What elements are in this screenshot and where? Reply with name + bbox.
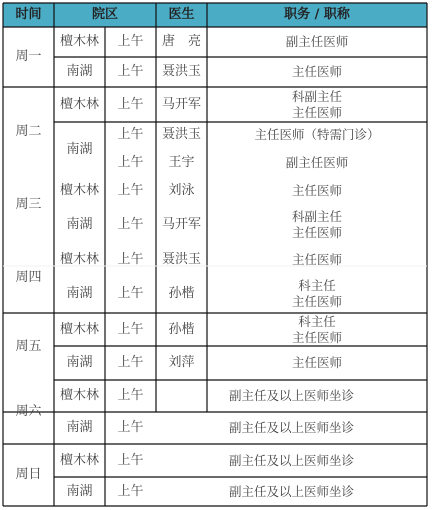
day-label: 周六: [3, 380, 54, 444]
campus-cell: 檀木林: [54, 245, 105, 275]
title-cell: 副主任及以上医师坐诊: [156, 444, 427, 477]
campus-cell: 檀木林: [54, 313, 105, 346]
title-cell: 科主任 主任医师: [207, 275, 427, 313]
title-cell: 副主任医师: [207, 27, 427, 57]
header-title: 职务 / 职称: [207, 3, 427, 27]
doctor-cell: 聂洪玉: [156, 245, 207, 275]
title-cell: 主任医师: [207, 346, 427, 380]
doctor-cell: 聂洪玉: [156, 122, 207, 148]
doctor-cell: 唐 亮: [156, 27, 207, 57]
title-cell: 副主任及以上医师坐诊: [156, 380, 427, 412]
campus-cell: 南湖: [54, 122, 105, 177]
day-label: 周日: [3, 444, 54, 506]
campus-cell: 檀木林: [54, 27, 105, 57]
title-cell: 副主任及以上医师坐诊: [156, 477, 427, 506]
doctor-cell: 聂洪玉: [156, 57, 207, 87]
title-cell: 主任医师（特需门诊）: [207, 122, 427, 148]
doctor-cell: 孙楷: [156, 275, 207, 313]
day-label: 周四: [3, 250, 54, 306]
doctor-cell: 孙楷: [156, 313, 207, 346]
campus-cell: 南湖: [54, 205, 105, 245]
doctor-cell: 刘泳: [156, 177, 207, 205]
session-cell: 上午: [105, 177, 156, 205]
header-campus: 院区: [54, 3, 156, 27]
campus-cell: 南湖: [54, 412, 105, 444]
session-cell: 上午: [105, 57, 156, 87]
campus-cell: 南湖: [54, 275, 105, 313]
doctor-cell: 王宇: [156, 148, 207, 177]
header-time: 时间: [3, 3, 54, 27]
campus-cell: 檀木林: [54, 380, 105, 412]
day-label: 周三: [3, 177, 54, 233]
title-cell: 主任医师: [207, 177, 427, 205]
day-label: 周一: [3, 27, 54, 87]
campus-cell: 檀木林: [54, 444, 105, 477]
title-cell: 科副主任 主任医师: [207, 205, 427, 245]
title-cell: 科副主任 主任医师: [207, 87, 427, 122]
doctor-cell: 马开军: [156, 87, 207, 122]
session-cell: 上午: [105, 275, 156, 313]
title-cell: 主任医师: [207, 245, 427, 275]
campus-cell: 南湖: [54, 477, 105, 506]
session-cell: 上午: [105, 346, 156, 380]
session-cell: 上午: [105, 412, 156, 444]
session-cell: 上午: [105, 444, 156, 477]
day-label: 周五: [3, 313, 54, 380]
session-cell: 上午: [105, 122, 156, 148]
session-cell: 上午: [105, 245, 156, 275]
doctor-cell: 马开军: [156, 205, 207, 245]
campus-cell: 南湖: [54, 346, 105, 380]
campus-cell: 檀木林: [54, 87, 105, 122]
session-cell: 上午: [105, 27, 156, 57]
day-label: 周二: [3, 87, 54, 177]
session-cell: 上午: [105, 477, 156, 506]
title-cell: 副主任及以上医师坐诊: [156, 412, 427, 444]
session-cell: 上午: [105, 380, 156, 412]
campus-cell: 南湖: [54, 57, 105, 87]
campus-cell: 檀木林: [54, 177, 105, 205]
title-cell: 科主任 主任医师: [207, 313, 427, 346]
session-cell: 上午: [105, 148, 156, 177]
session-cell: 上午: [105, 313, 156, 346]
title-cell: 副主任医师: [207, 148, 427, 177]
title-cell: 主任医师: [207, 57, 427, 87]
header-doctor: 医生: [156, 3, 207, 27]
doctor-cell: 刘萍: [156, 346, 207, 380]
session-cell: 上午: [105, 205, 156, 245]
session-cell: 上午: [105, 87, 156, 122]
